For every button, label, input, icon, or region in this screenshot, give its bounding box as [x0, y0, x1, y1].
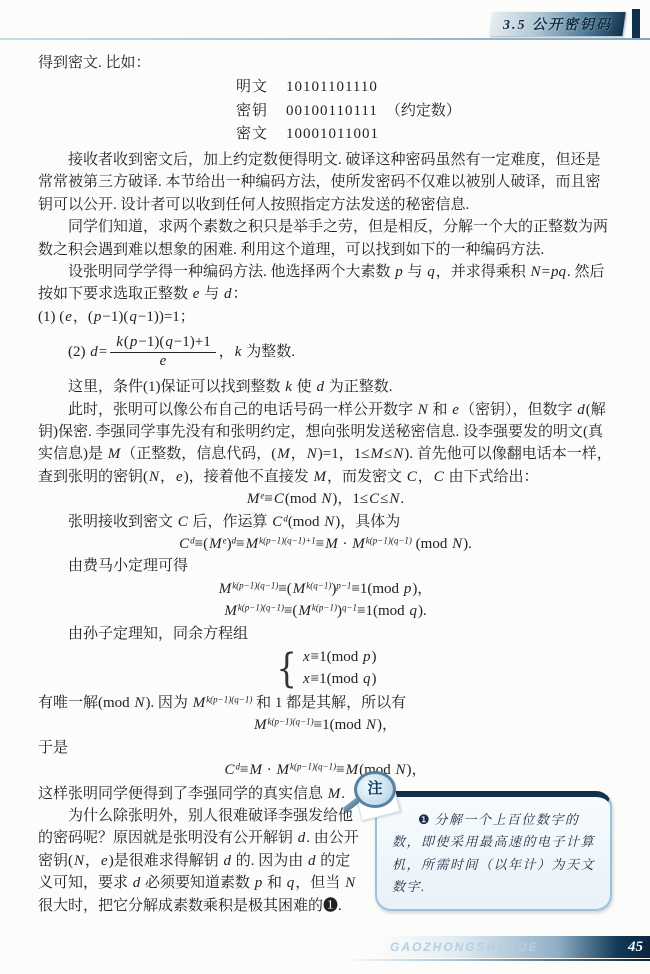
formula-result: Cd≡M · Mk(p−1)(q−1)≡M(mod N)， [38, 759, 612, 781]
condition-2-suffix: ，k 为整数. [219, 341, 295, 363]
note-text: ❶ 分解一个上百位数字的数，即使采用最高速的电子计算机，所需时间（以年计）为天文… [392, 809, 598, 899]
example-value: 10001011001 [286, 123, 379, 147]
formula-encrypt: Me≡C(mod N)，1≤C≤N. [38, 488, 612, 510]
paragraph-here: 这里，条件(1)保证可以找到整数 k 使 d 为正整数. [38, 376, 612, 398]
example-label: 明文 [236, 76, 268, 100]
page-header: 3.5 公开密钥码 [0, 0, 650, 40]
example-row-key: 密钥 00100110111 （约定数） [236, 100, 612, 124]
section-title: 3.5 公开密钥码 [503, 14, 612, 34]
system-lines: x≡1(mod p) x≡1(mod q) [302, 647, 377, 690]
example-value: 10101101110 [286, 76, 378, 100]
condition-2-prefix: (2) d= [68, 341, 107, 363]
formula-decrypt: Cd≡(Me)d≡Mk(p−1)(q−1)+1≡M · Mk(p−1)(q−1)… [38, 533, 612, 555]
paragraph-receiver: 接收者收到密文后，加上约定数便得明文. 破译这种密码虽然有一定难度，但还是常常被… [38, 149, 612, 216]
cipher-example: 明文 10101101110 密钥 00100110111 （约定数） 密文 1… [236, 76, 612, 147]
note-icon-label: 注 [367, 778, 382, 800]
paragraph-fermat: 由费马小定理可得 [38, 555, 612, 577]
page-number: 45 [628, 939, 643, 956]
example-label: 密文 [236, 123, 268, 147]
fraction: k(p−1)(q−1)+1 e [110, 334, 216, 371]
system-line-1: x≡1(mod p) [302, 647, 377, 669]
condition-1: (1) (e，(p−1)(q−1))=1； [38, 306, 612, 328]
paragraph-lead: 得到密文. 比如： [38, 52, 612, 74]
paragraph-sunzi: 由孙子定理知，同余方程组 [38, 623, 612, 645]
paragraph-receive: 张明接收到密文 C 后，作运算 Cd(mod N)，具体为 [38, 511, 612, 533]
example-row-plaintext: 明文 10101101110 [236, 76, 612, 100]
system-brace: { [276, 651, 296, 687]
example-label: 密钥 [236, 100, 268, 124]
note-box: 注 ❶ 分解一个上百位数字的数，即使采用最高速的电子计算机，所需时间（以年计）为… [375, 791, 612, 911]
paragraph-zhangming: 设张明同学学得一种编码方法. 他选择两个大素数 p 与 q，并求得乘积 N=pq… [38, 261, 612, 306]
example-note: （约定数） [386, 100, 461, 124]
section-tab: 3.5 公开密钥码 [489, 12, 625, 36]
condition-2: (2) d= k(p−1)(q−1)+1 e ，k 为整数. [68, 330, 612, 374]
paragraph-thus: 于是 [38, 737, 612, 759]
page-footer: GAOZHONGSHUXUE 45 [378, 936, 650, 958]
magnifier-lens: 注 [354, 771, 396, 808]
paragraph-unique: 有唯一解(mod N). 因为 Mk(p−1)(q−1) 和 1 都是其解，所以… [38, 692, 612, 714]
header-accent-bar [632, 9, 640, 38]
footnote-marker: ❶ [418, 812, 430, 827]
fraction-numerator: k(p−1)(q−1)+1 [110, 334, 216, 353]
system-line-2: x≡1(mod q) [302, 669, 377, 691]
footer-watermark: GAOZHONGSHUXUE [390, 940, 539, 954]
congruence-system: { x≡1(mod p) x≡1(mod q) [38, 647, 612, 690]
formula-unique: Mk(p−1)(q−1)≡1(mod N)， [38, 714, 612, 736]
paragraph-publish: 此时，张明可以像公布自己的电话号码一样公开数字 N 和 e（密钥），但数字 d(… [38, 399, 612, 489]
note-magnifier-icon: 注 [349, 771, 407, 827]
tail-section: 注 ❶ 分解一个上百位数字的数，即使采用最高速的电子计算机，所需时间（以年计）为… [38, 783, 612, 917]
formula-fermat-p: Mk(p−1)(q−1)≡(Mk(q−1))p−1≡1(mod p)， [38, 578, 612, 600]
example-value: 00100110111 [286, 100, 378, 124]
example-row-ciphertext: 密文 10001011001 [236, 123, 612, 147]
page-content: 得到密文. 比如： 明文 10101101110 密钥 00100110111 … [0, 40, 650, 917]
fraction-denominator: e [110, 353, 216, 370]
formula-fermat-q: Mk(p−1)(q−1)≡(Mk(p−1))q−1≡1(mod q). [38, 600, 612, 622]
paragraph-primes: 同学们知道，求两个素数之积只是举手之劳，但是相反，分解一个大的正整数为两数之积会… [38, 216, 612, 261]
